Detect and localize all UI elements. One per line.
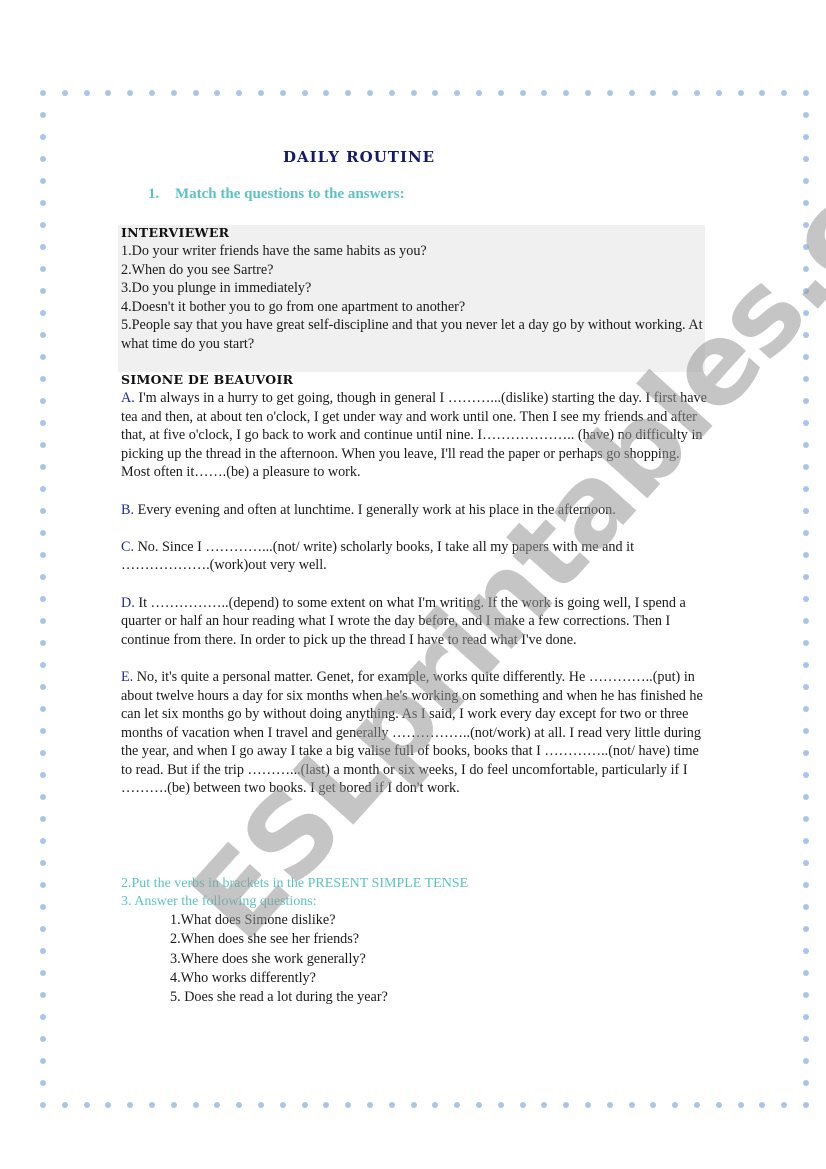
border-dot	[280, 1102, 286, 1108]
border-dot	[432, 1102, 438, 1108]
border-dot	[40, 420, 46, 426]
border-dot	[803, 618, 809, 624]
border-dot	[193, 90, 199, 96]
border-dot	[367, 1102, 373, 1108]
border-dot	[84, 90, 90, 96]
border-dot	[40, 1058, 46, 1064]
border-dot	[40, 860, 46, 866]
border-dot	[803, 178, 809, 184]
border-dot	[803, 706, 809, 712]
border-dot	[803, 200, 809, 206]
border-dot	[40, 112, 46, 118]
border-dot	[781, 90, 787, 96]
answer-text: No, it's quite a personal matter. Genet,…	[121, 669, 703, 797]
border-dot	[171, 1102, 177, 1108]
interviewer-question: 3.Do you plunge in immediately?	[121, 279, 705, 298]
border-dot	[40, 486, 46, 492]
task-3-question-list: 1.What does Simone dislike? 2.When does …	[170, 911, 388, 1007]
simone-heading: SIMONE DE BEAUVOIR	[121, 372, 293, 387]
border-dot	[40, 222, 46, 228]
border-dot	[40, 574, 46, 580]
border-dot	[803, 508, 809, 514]
border-dot	[607, 1102, 613, 1108]
border-dot	[803, 1058, 809, 1064]
border-dot	[650, 1102, 656, 1108]
interviewer-question: 1.Do your writer friends have the same h…	[121, 242, 705, 261]
answer-letter: B.	[121, 502, 134, 518]
border-dot	[40, 266, 46, 272]
border-dot	[629, 90, 635, 96]
border-dot	[40, 288, 46, 294]
border-dot	[40, 244, 46, 250]
border-dot	[40, 728, 46, 734]
border-dot	[280, 90, 286, 96]
task-3-question: 1.What does Simone dislike?	[170, 911, 388, 930]
task-2-heading: 2.Put the verbs in brackets in the PRESE…	[121, 875, 468, 893]
border-dot	[389, 1102, 395, 1108]
border-dot	[40, 662, 46, 668]
border-dot	[803, 662, 809, 668]
border-dot	[323, 1102, 329, 1108]
border-dot	[803, 530, 809, 536]
border-dot	[803, 376, 809, 382]
border-dot	[803, 464, 809, 470]
answer-text: No. Since I …………...(not/ write) scholarl…	[121, 539, 634, 574]
border-dot	[40, 156, 46, 162]
border-dot	[149, 90, 155, 96]
border-dot	[672, 1102, 678, 1108]
border-dot	[40, 794, 46, 800]
border-dot	[40, 178, 46, 184]
border-dot	[323, 90, 329, 96]
border-dot	[759, 1102, 765, 1108]
border-dot	[40, 90, 46, 96]
border-dot	[498, 1102, 504, 1108]
border-dot	[40, 508, 46, 514]
border-dot	[803, 552, 809, 558]
answer-e: E. No, it's quite a personal matter. Gen…	[121, 668, 711, 798]
border-dot	[803, 970, 809, 976]
border-dot	[40, 1080, 46, 1086]
border-dot	[803, 442, 809, 448]
border-dot	[585, 1102, 591, 1108]
answer-letter: E.	[121, 669, 133, 685]
border-dot	[236, 90, 242, 96]
border-dot	[40, 926, 46, 932]
border-dot	[214, 90, 220, 96]
border-dot	[781, 1102, 787, 1108]
border-dot	[803, 332, 809, 338]
border-dot	[541, 1102, 547, 1108]
task-3-question: 5. Does she read a lot during the year?	[170, 988, 388, 1007]
task-3-question: 2.When does she see her friends?	[170, 930, 388, 949]
answer-text: It ……………..(depend) to some extent on wha…	[121, 595, 686, 648]
border-dot	[759, 90, 765, 96]
interviewer-questions-box: INTERVIEWER 1.Do your writer friends hav…	[118, 225, 705, 372]
border-dot	[149, 1102, 155, 1108]
answer-list: A. I'm always in a hurry to get going, t…	[121, 389, 711, 817]
border-dot	[803, 816, 809, 822]
border-dot	[40, 706, 46, 712]
border-dot	[40, 310, 46, 316]
task-3-question: 3.Where does she work generally?	[170, 950, 388, 969]
border-dot	[40, 442, 46, 448]
border-dot	[803, 992, 809, 998]
border-dot	[520, 1102, 526, 1108]
task-1-heading: 1. Match the questions to the answers:	[148, 186, 405, 203]
border-dot	[803, 1036, 809, 1042]
interviewer-question: 4.Doesn't it bother you to go from one a…	[121, 298, 705, 317]
answer-a: A. I'm always in a hurry to get going, t…	[121, 389, 711, 482]
border-dot	[803, 112, 809, 118]
border-dot	[803, 882, 809, 888]
answer-text: Every evening and often at lunchtime. I …	[134, 502, 616, 518]
border-dot	[650, 90, 656, 96]
border-dot	[214, 1102, 220, 1108]
border-dot	[476, 1102, 482, 1108]
border-dot	[40, 684, 46, 690]
border-dot	[62, 90, 68, 96]
interviewer-question: 5.People say that you have great self-di…	[121, 316, 705, 353]
border-dot	[40, 772, 46, 778]
border-dot	[40, 596, 46, 602]
border-dot	[40, 464, 46, 470]
answer-letter: D.	[121, 595, 135, 611]
border-dot	[803, 90, 809, 96]
border-dot	[40, 552, 46, 558]
border-dot	[454, 1102, 460, 1108]
border-dot	[803, 266, 809, 272]
border-dot	[694, 90, 700, 96]
border-dot	[105, 90, 111, 96]
border-dot	[411, 1102, 417, 1108]
border-dot	[803, 684, 809, 690]
border-dot	[803, 904, 809, 910]
border-dot	[40, 530, 46, 536]
interviewer-heading: INTERVIEWER	[121, 225, 229, 240]
border-dot	[40, 398, 46, 404]
border-dot	[258, 1102, 264, 1108]
border-dot	[454, 90, 460, 96]
border-dot	[803, 728, 809, 734]
border-dot	[345, 1102, 351, 1108]
border-dot	[302, 90, 308, 96]
border-dot	[803, 750, 809, 756]
border-dot	[803, 860, 809, 866]
page-title: DAILY ROUTINE	[283, 148, 435, 166]
border-dot	[40, 904, 46, 910]
border-dot	[520, 90, 526, 96]
border-dot	[803, 420, 809, 426]
border-dot	[629, 1102, 635, 1108]
answer-letter: C.	[121, 539, 134, 555]
task-1-label: Match the questions to the answers:	[175, 186, 405, 202]
border-dot	[803, 398, 809, 404]
border-dot	[40, 970, 46, 976]
border-dot	[84, 1102, 90, 1108]
border-dot	[40, 838, 46, 844]
border-dot	[105, 1102, 111, 1108]
border-dot	[803, 134, 809, 140]
task-1-number: 1.	[148, 186, 159, 202]
border-dot	[389, 90, 395, 96]
border-dot	[40, 948, 46, 954]
border-dot	[498, 90, 504, 96]
border-dot	[171, 90, 177, 96]
border-dot	[803, 1080, 809, 1086]
border-dot	[803, 1014, 809, 1020]
border-dot	[803, 1102, 809, 1108]
border-dot	[585, 90, 591, 96]
answer-d: D. It ……………..(depend) to some extent on …	[121, 594, 711, 650]
border-dot	[803, 794, 809, 800]
border-dot	[563, 1102, 569, 1108]
border-dot	[127, 90, 133, 96]
border-dot	[563, 90, 569, 96]
border-dot	[694, 1102, 700, 1108]
task-3-question: 4.Who works differently?	[170, 969, 388, 988]
border-dot	[716, 1102, 722, 1108]
task-instructions: 2.Put the verbs in brackets in the PRESE…	[121, 875, 468, 911]
border-dot	[803, 156, 809, 162]
border-dot	[40, 1102, 46, 1108]
border-dot	[803, 354, 809, 360]
border-dot	[40, 618, 46, 624]
border-dot	[803, 574, 809, 580]
border-dot	[803, 596, 809, 602]
answer-letter: A.	[121, 390, 135, 406]
border-dot	[803, 926, 809, 932]
border-dot	[62, 1102, 68, 1108]
border-dot	[803, 310, 809, 316]
interviewer-question-list: 1.Do your writer friends have the same h…	[121, 242, 705, 353]
interviewer-question: 2.When do you see Sartre?	[121, 261, 705, 280]
border-dot	[40, 640, 46, 646]
answer-text: I'm always in a hurry to get going, thou…	[121, 390, 707, 480]
border-dot	[803, 222, 809, 228]
border-dot	[411, 90, 417, 96]
border-dot	[258, 90, 264, 96]
border-dot	[803, 640, 809, 646]
border-dot	[541, 90, 547, 96]
border-dot	[803, 244, 809, 250]
border-dot	[432, 90, 438, 96]
border-dot	[738, 1102, 744, 1108]
border-dot	[40, 1036, 46, 1042]
border-dot	[127, 1102, 133, 1108]
border-dot	[672, 90, 678, 96]
border-dot	[803, 486, 809, 492]
border-dot	[40, 992, 46, 998]
border-dot	[302, 1102, 308, 1108]
border-dot	[40, 332, 46, 338]
border-dot	[40, 134, 46, 140]
border-dot	[803, 288, 809, 294]
answer-b: B. Every evening and often at lunchtime.…	[121, 501, 711, 520]
answer-c: C. No. Since I …………...(not/ write) schol…	[121, 538, 711, 575]
border-dot	[40, 1014, 46, 1020]
border-dot	[345, 90, 351, 96]
task-3-heading: 3. Answer the following questions:	[121, 893, 468, 911]
border-dot	[193, 1102, 199, 1108]
border-dot	[803, 838, 809, 844]
border-dot	[367, 90, 373, 96]
border-dot	[803, 948, 809, 954]
border-dot	[40, 376, 46, 382]
border-dot	[716, 90, 722, 96]
border-dot	[40, 750, 46, 756]
border-dot	[476, 90, 482, 96]
border-dot	[40, 354, 46, 360]
border-dot	[803, 772, 809, 778]
border-dot	[607, 90, 613, 96]
border-dot	[236, 1102, 242, 1108]
border-dot	[40, 882, 46, 888]
border-dot	[738, 90, 744, 96]
border-dot	[40, 816, 46, 822]
border-dot	[40, 200, 46, 206]
